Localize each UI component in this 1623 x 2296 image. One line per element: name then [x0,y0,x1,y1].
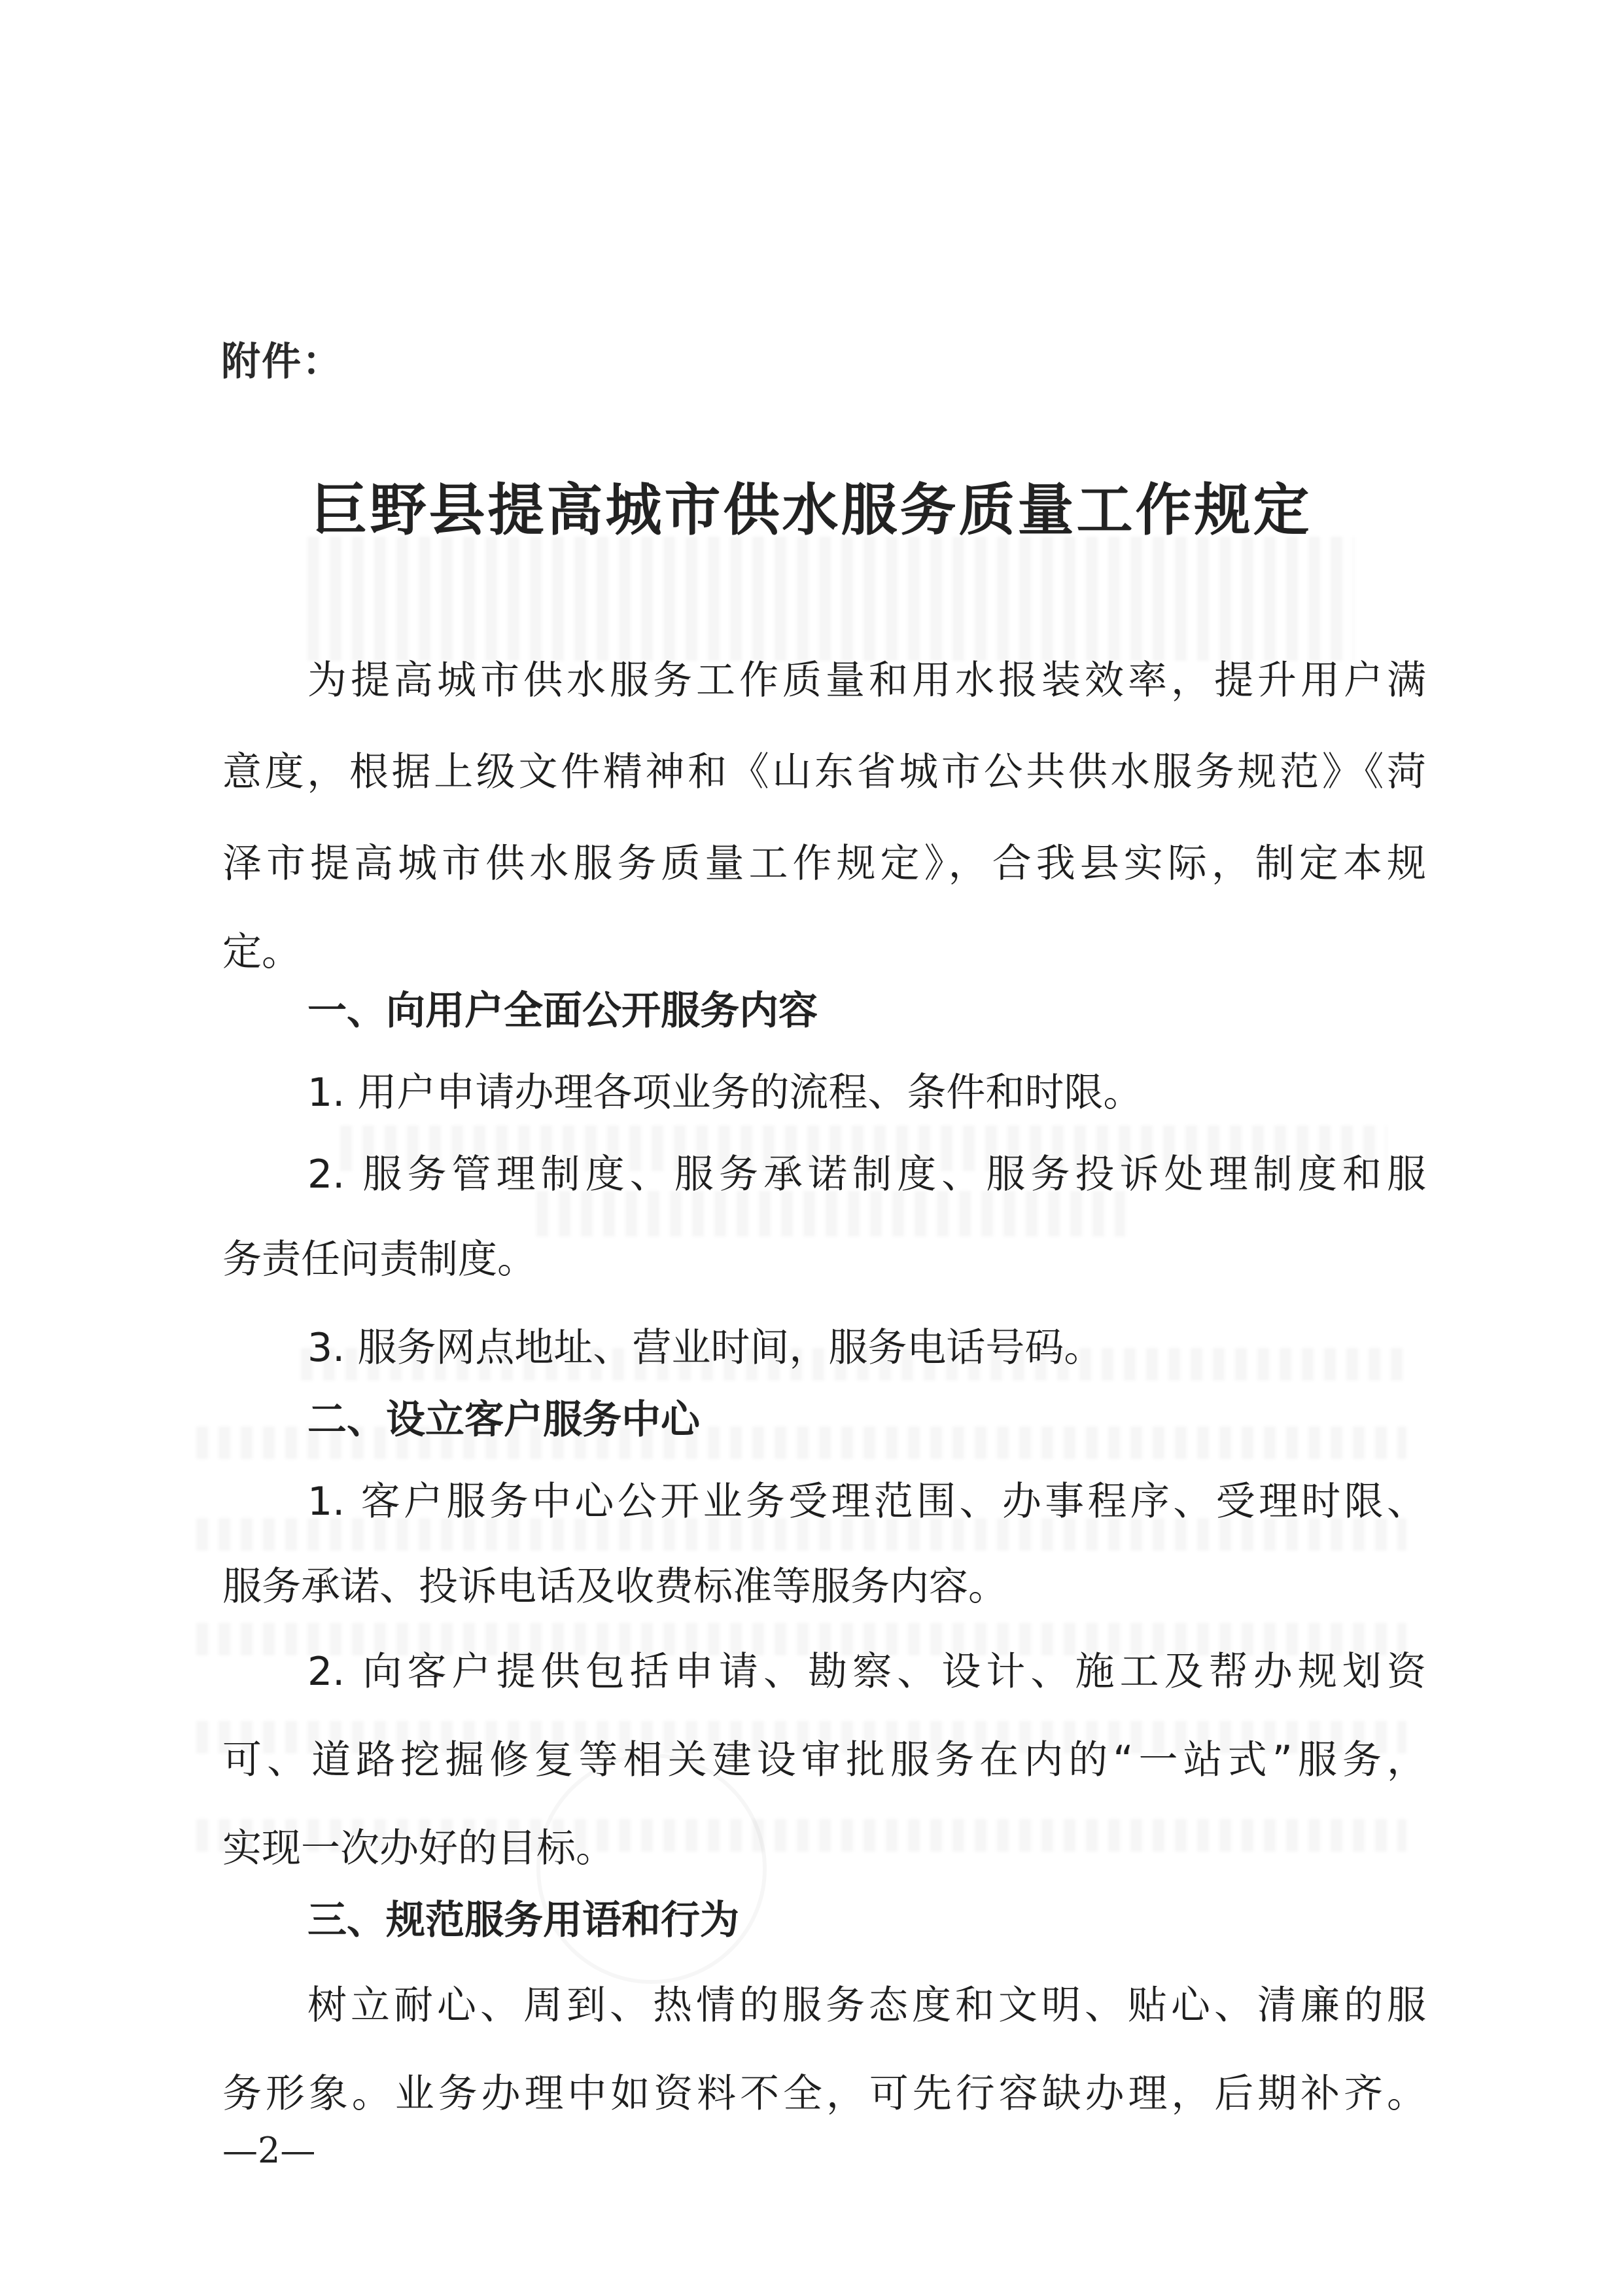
section-item-line: 务责任问责制度。 [222,1233,1426,1286]
section-item-line: 可、道路挖掘修复等相关建设审批服务在内的“一站式”服务， [222,1734,1426,1786]
section-item-line: 实现一次办好的目标。 [222,1822,1426,1875]
section-heading: 三、规范服务用语和行为 [307,1894,1426,1947]
section-item-line: 2. 服务管理制度、服务承诺制度、服务投诉处理制度和服 [307,1148,1426,1201]
section-item-line: 树立耐心、周到、热情的服务态度和文明、贴心、清廉的服 [307,1979,1426,2032]
scan-bleed-through [307,537,1354,661]
document-page: 附件： 巨野县提高城市供水服务质量工作规定 为提高城市供水服务工作质量和用水报装… [0,0,1623,2296]
section-item-line: 3. 服务网点地址、营业时间，服务电话号码。 [307,1322,1426,1374]
attachment-label: 附件： [221,330,343,387]
preamble-line: 定。 [222,926,1426,978]
section-item-line: 1. 客户服务中心公开业务受理范围、办事程序、受理时限、 [307,1475,1426,1528]
preamble-line: 泽市提高城市供水服务质量工作规定》，合我县实际，制定本规 [222,838,1426,890]
section-heading: 一、向用户全面公开服务内容 [307,985,1426,1037]
section-item-line: 2. 向客户提供包括申请、勘察、设计、施工及帮办规划资 [307,1646,1426,1698]
section-item-line: 务形象。业务办理中如资料不全，可先行容缺办理，后期补齐。 [222,2068,1426,2120]
section-heading: 二、设立客户服务中心 [307,1394,1426,1446]
preamble-line: 为提高城市供水服务工作质量和用水报装效率，提升用户满 [307,654,1426,707]
preamble-line: 意度，根据上级文件精神和《山东省城市公共供水服务规范》《菏 [222,746,1426,798]
page-number: —2— [222,2130,315,2171]
document-title: 巨野县提高城市供水服务质量工作规定 [0,465,1623,546]
section-item-line: 1. 用户申请办理各项业务的流程、条件和时限。 [307,1067,1426,1119]
section-item-line: 服务承诺、投诉电话及收费标准等服务内容。 [222,1561,1426,1613]
